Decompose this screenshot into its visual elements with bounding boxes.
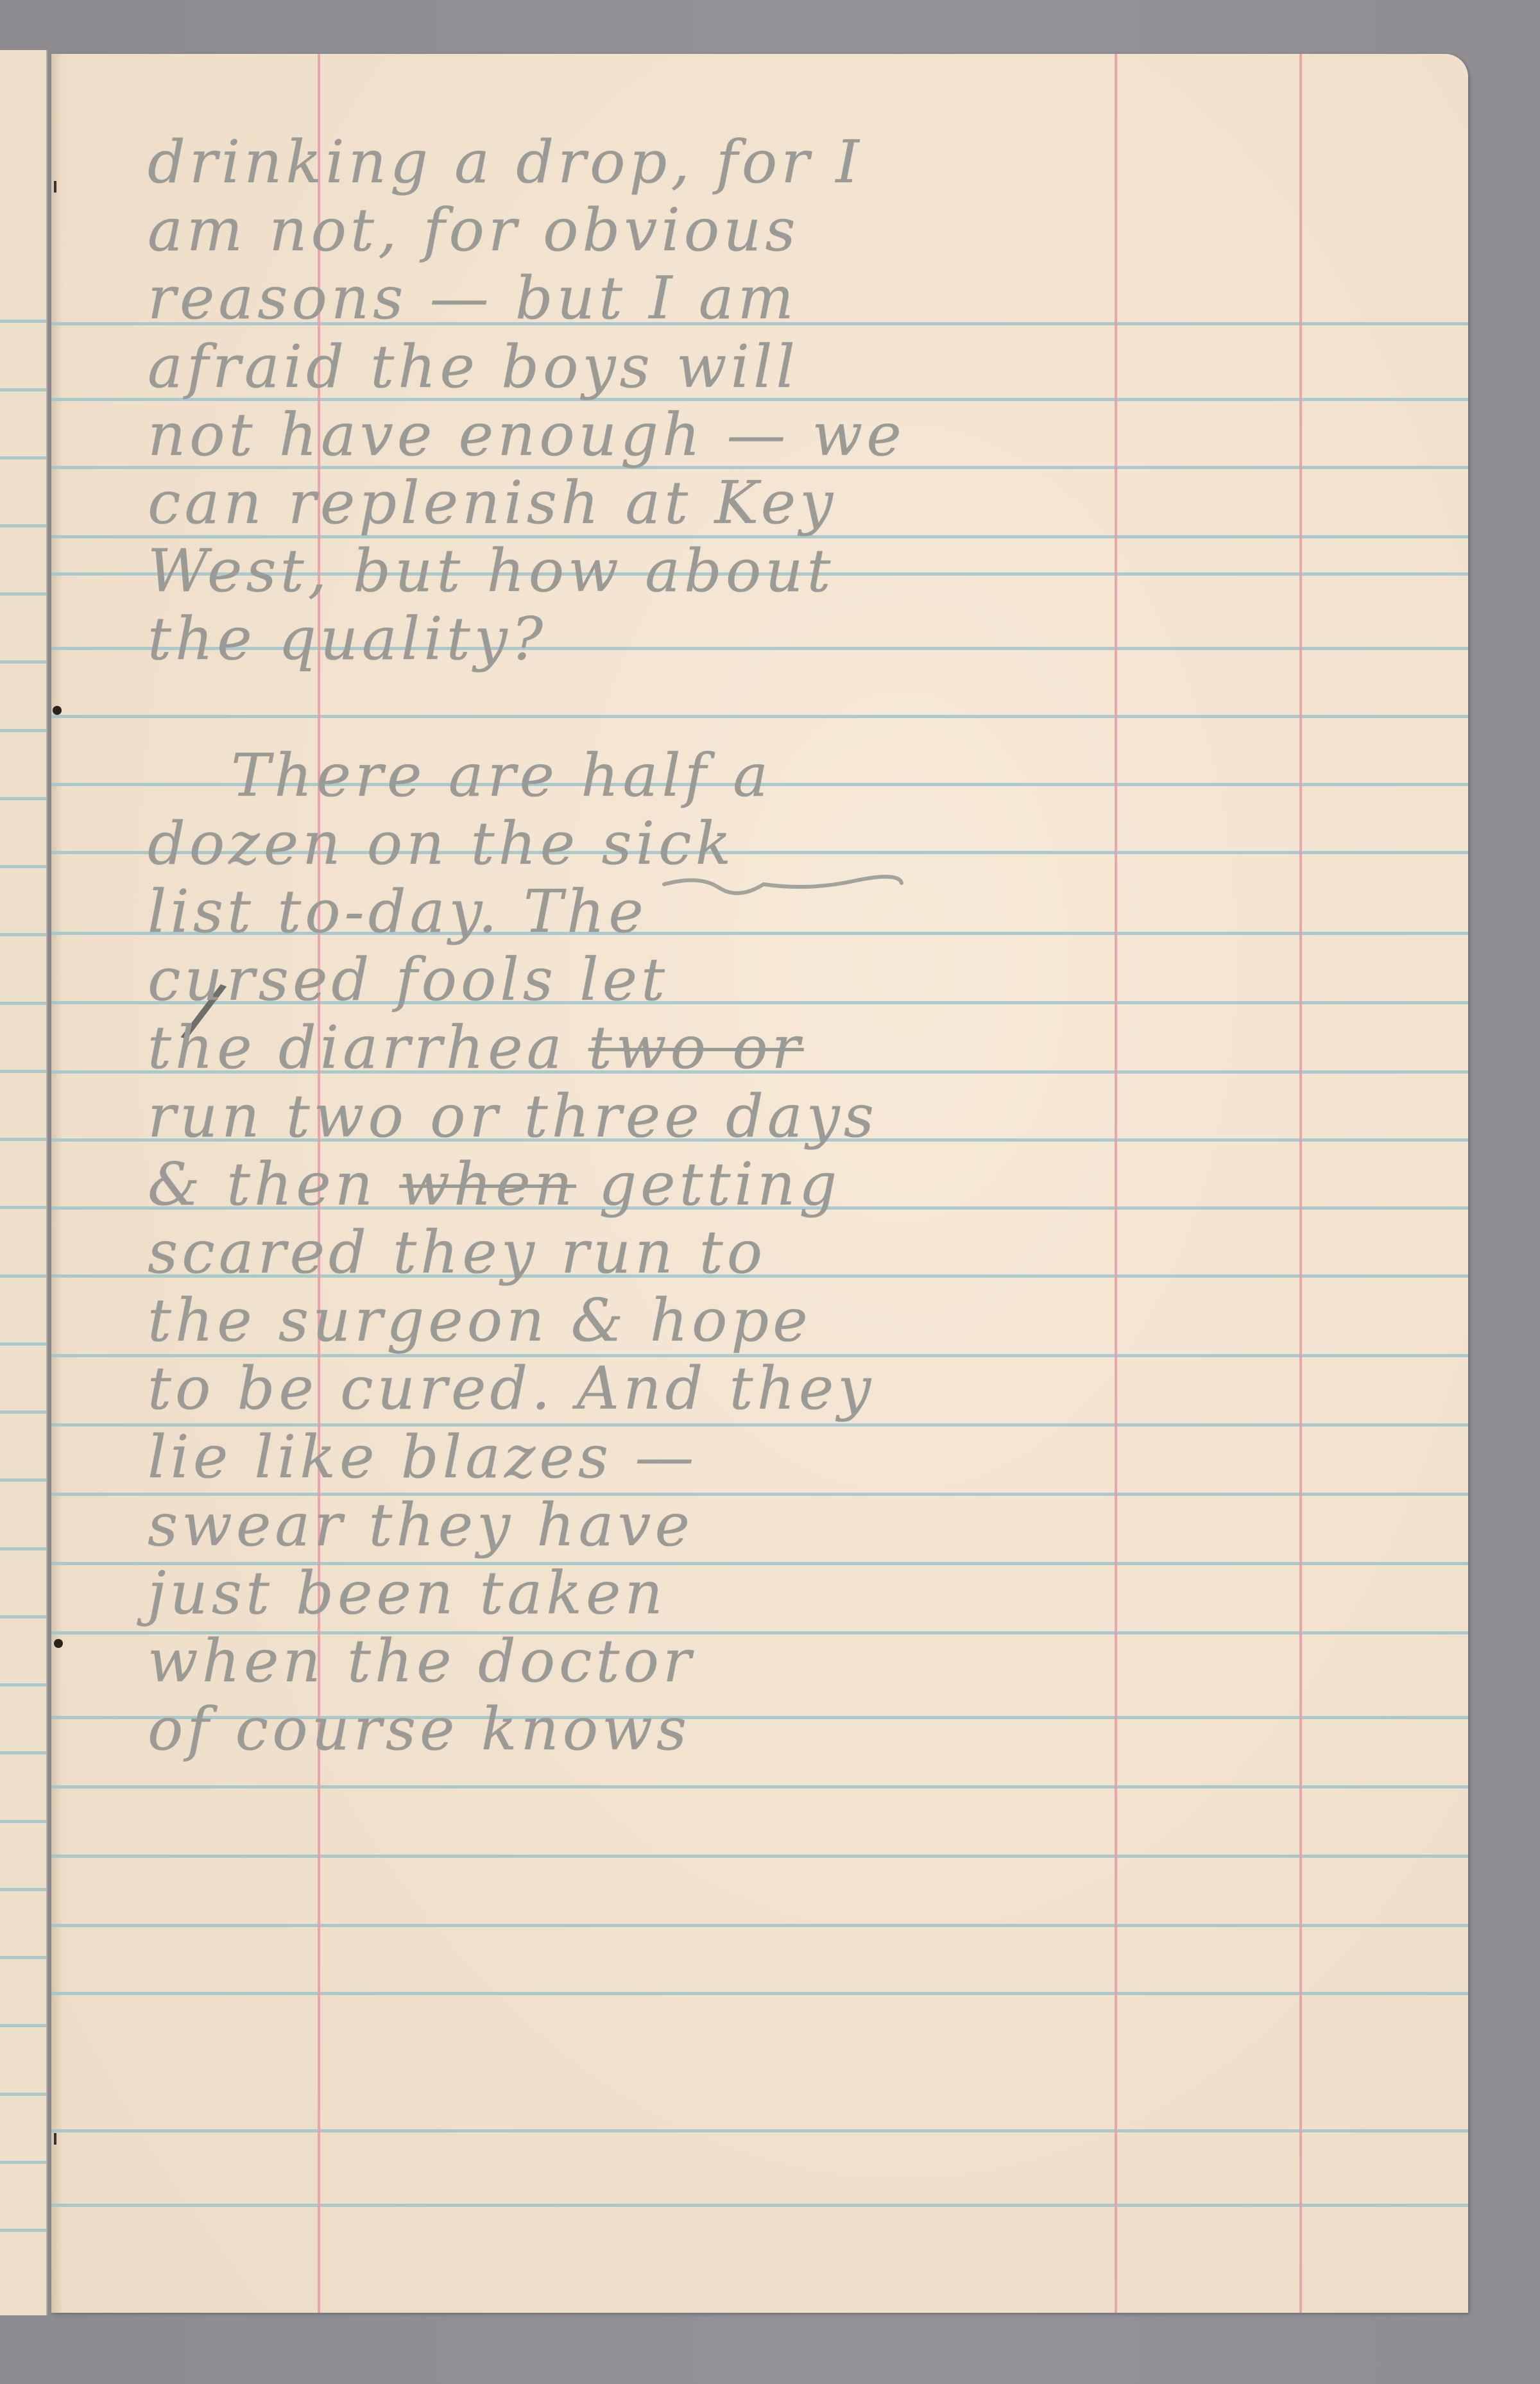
text-line: can replenish at Key xyxy=(148,469,1418,537)
rule-line xyxy=(0,1956,46,1959)
text-line: drinking a drop, for I xyxy=(148,128,1418,196)
struck-text: two or xyxy=(588,1013,804,1082)
rule-line xyxy=(0,933,46,936)
text-line: cursed fools let xyxy=(148,946,1418,1014)
text-line: reasons — but I am xyxy=(148,264,1418,332)
handwritten-text: drinking a drop, for I am not, for obvio… xyxy=(148,128,1418,1764)
adjacent-page-edge xyxy=(0,50,47,2315)
blank-line xyxy=(148,674,1418,742)
text-line: the surgeon & hope xyxy=(148,1287,1418,1355)
rule-line xyxy=(0,797,46,800)
rule-line xyxy=(0,592,46,596)
text-line: run two or three days xyxy=(148,1083,1418,1151)
text-line: dozen on the sick xyxy=(148,810,1418,878)
rule-line xyxy=(0,729,46,732)
rule-line xyxy=(51,2129,1468,2132)
rule-line xyxy=(0,1411,46,1414)
rule-line xyxy=(0,2024,46,2027)
text-line: am not, for obvious xyxy=(148,196,1418,264)
rule-line xyxy=(51,1855,1468,1858)
rule-line xyxy=(0,1070,46,1073)
text-line: lie like blazes — xyxy=(148,1423,1418,1491)
binding-hole xyxy=(53,706,62,715)
rule-line xyxy=(0,1820,46,1823)
rule-line xyxy=(0,660,46,664)
rule-line xyxy=(0,1342,46,1346)
rule-line xyxy=(0,1479,46,1482)
text-line: when the doctor xyxy=(148,1627,1418,1695)
text-line: scared they run to xyxy=(148,1219,1418,1287)
rule-line xyxy=(0,456,46,459)
text-line: the quality? xyxy=(148,605,1418,673)
rule-line xyxy=(0,1751,46,1754)
text-line: West, but how about xyxy=(148,537,1418,605)
rule-line xyxy=(0,1888,46,1891)
binding-hole xyxy=(54,1639,63,1648)
text-line: & then when getting xyxy=(148,1151,1418,1219)
binding-gutter xyxy=(51,54,63,2313)
rule-line xyxy=(0,1274,46,1278)
rule-line xyxy=(0,1138,46,1141)
text-line: There are half a xyxy=(148,742,1418,810)
text-line: not have enough — we xyxy=(148,401,1418,469)
rule-line xyxy=(0,320,46,323)
rule-line xyxy=(51,1785,1468,1788)
rule-line xyxy=(51,1924,1468,1927)
rule-line xyxy=(0,2229,46,2232)
rule-line xyxy=(51,2204,1468,2207)
rule-line xyxy=(0,524,46,527)
text-line: of course knows xyxy=(148,1695,1418,1763)
text-line: list to-day. The xyxy=(148,878,1418,946)
rule-line xyxy=(0,1547,46,1550)
binding-stitch xyxy=(54,2133,56,2145)
rule-line xyxy=(0,2161,46,2164)
rule-line xyxy=(0,865,46,868)
rule-line xyxy=(0,1615,46,1618)
text-line: the diarrhea two or xyxy=(148,1014,1418,1082)
rule-line xyxy=(0,1206,46,1209)
text-line: just been taken xyxy=(148,1559,1418,1627)
binding-stitch xyxy=(54,181,56,193)
struck-text: when xyxy=(399,1150,576,1219)
rule-line xyxy=(0,388,46,391)
text-line: afraid the boys will xyxy=(148,333,1418,401)
text-line: to be cured. And they xyxy=(148,1355,1418,1423)
rule-line xyxy=(0,2093,46,2096)
rule-line xyxy=(0,1002,46,1005)
text-line: swear they have xyxy=(148,1491,1418,1559)
rule-line xyxy=(51,1992,1468,1995)
rule-line xyxy=(0,1683,46,1686)
